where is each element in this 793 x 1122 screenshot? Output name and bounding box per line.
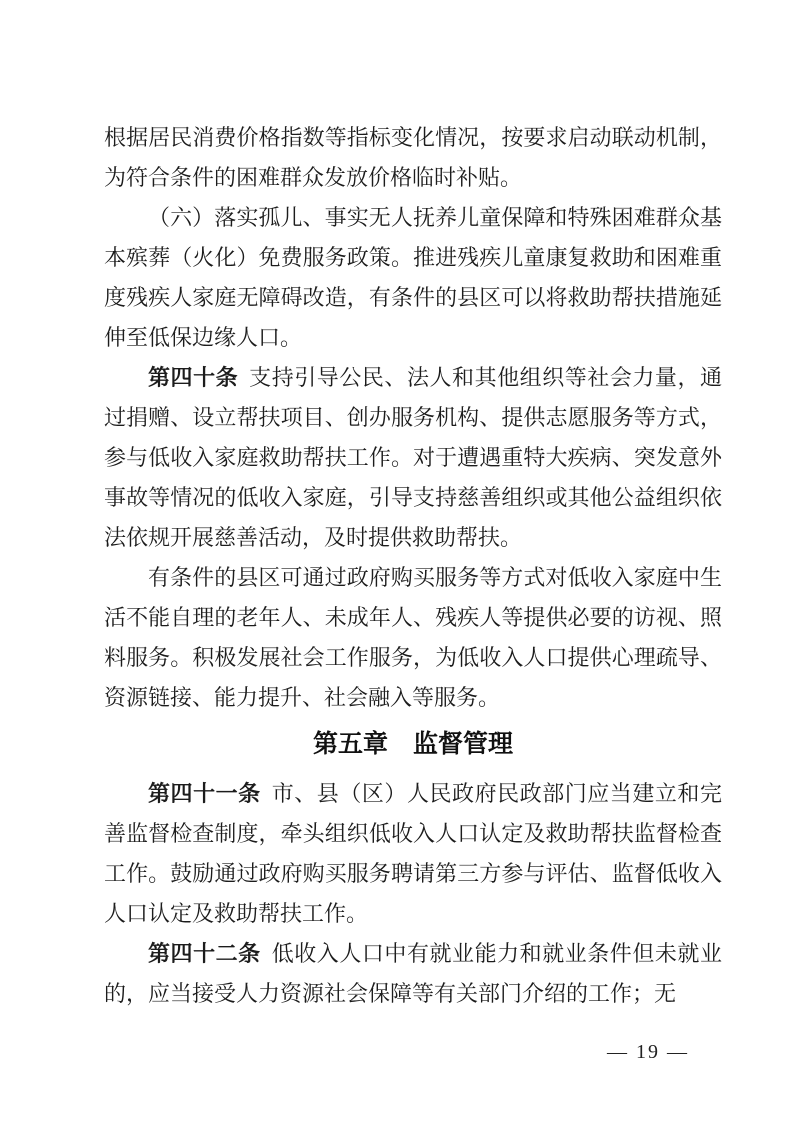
paragraph-article-42: 第四十二条低收入人口中有就业能力和就业条件但未就业的，应当接受人力资源社会保障等… [104,934,722,1014]
paragraph-item-six: （六）落实孤儿、事实无人抚养儿童保障和特殊困难群众基本殡葬（火化）免费服务政策。… [104,198,722,358]
paragraph-article-41: 第四十一条市、县（区）人民政府民政部门应当建立和完善监督检查制度，牵头组织低收入… [104,774,722,934]
paragraph-care-services: 有条件的县区可通过政府购买服务等方式对低收入家庭中生活不能自理的老年人、未成年人… [104,558,722,718]
paragraph-price-subsidy: 根据居民消费价格指数等指标变化情况，按要求启动联动机制，为符合条件的困难群众发放… [104,118,722,198]
document-body: 根据居民消费价格指数等指标变化情况，按要求启动联动机制，为符合条件的困难群众发放… [104,118,722,1014]
paragraph-article-40: 第四十条支持引导公民、法人和其他组织等社会力量，通过捐赠、设立帮扶项目、创办服务… [104,358,722,558]
article-40-text: 支持引导公民、法人和其他组织等社会力量，通过捐赠、设立帮扶项目、创办服务机构、提… [104,365,722,550]
page-number: — 19 — [607,1040,689,1064]
article-41-number: 第四十一条 [148,781,261,806]
chapter-heading: 第五章 监督管理 [104,724,722,764]
article-40-number: 第四十条 [148,365,238,390]
article-42-number: 第四十二条 [148,941,261,966]
document-page: 根据居民消费价格指数等指标变化情况，按要求启动联动机制，为符合条件的困难群众发放… [0,0,793,1122]
